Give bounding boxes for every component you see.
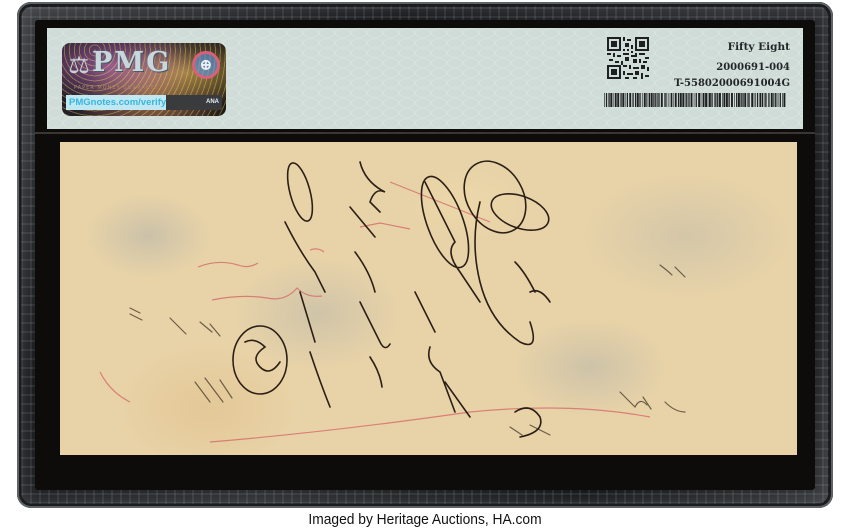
label-separator	[35, 132, 815, 134]
scales-icon: ⚖	[66, 51, 92, 79]
ana-badge: ANA	[166, 95, 222, 110]
banknote-back	[60, 142, 797, 455]
cert-number: 2000691-004	[716, 62, 790, 73]
barcode[interactable]	[604, 93, 786, 107]
globe-seal-icon: ⊕	[192, 51, 220, 79]
hologram-tagline: PAPER MONEY GUARANTY	[74, 85, 159, 91]
pmg-logo: PMG	[92, 47, 171, 78]
handwritten-endorsement	[60, 142, 797, 455]
barcode-id: T-55802000691004G	[674, 78, 790, 89]
qr-code[interactable]	[607, 37, 649, 79]
grade-name: Fifty Eight	[728, 41, 790, 53]
image-credit: Imaged by Heritage Auctions, HA.com	[34, 511, 816, 528]
pmg-hologram: ⚖ PMG ⊕ PAPER MONEY GUARANTY PMGnotes.co…	[62, 43, 226, 116]
verify-url[interactable]: PMGnotes.com/verify	[66, 95, 166, 110]
